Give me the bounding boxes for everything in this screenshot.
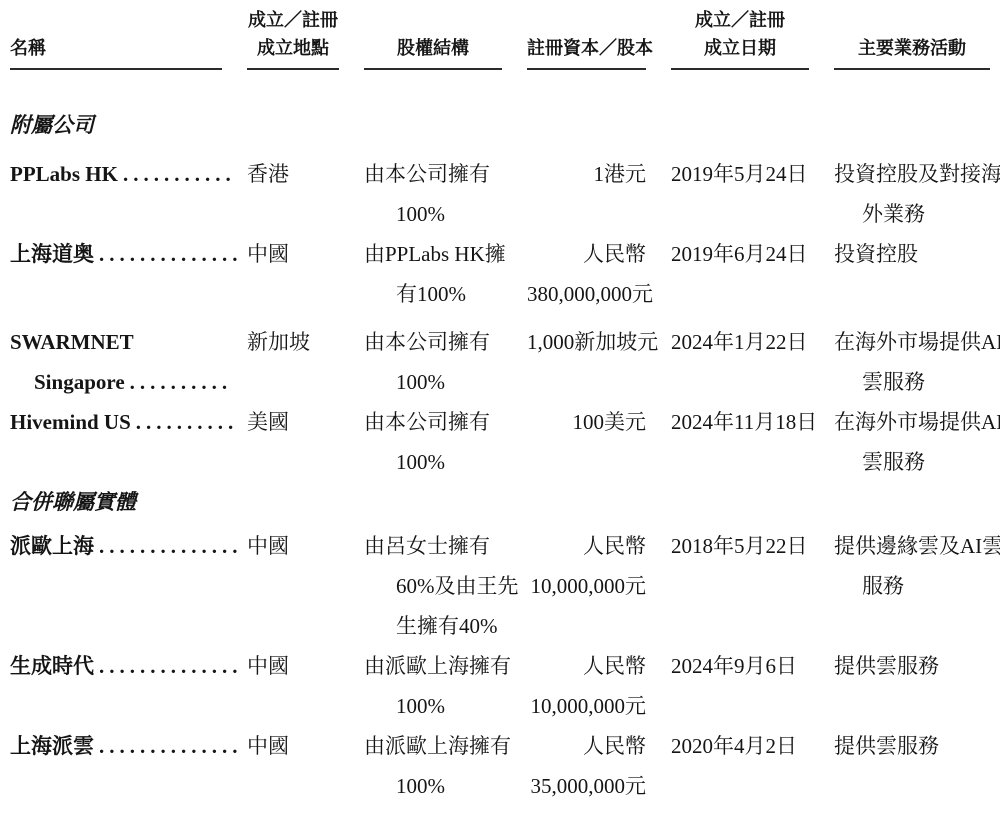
place-value: 中國 <box>247 526 339 566</box>
row-shengcheng-shidai: 生成時代.............. 中國 由派歐上海擁有 100% 人民幣 1… <box>10 646 1000 726</box>
date-cell: 2024年9月6日 <box>671 646 809 726</box>
ownership-cell: 由呂女士擁有 60%及由王先 生擁有40% <box>364 526 502 646</box>
section-subsidiaries: 附屬公司 <box>10 105 1000 145</box>
capital-line: 人民幣 <box>527 726 646 766</box>
place-value: 香港 <box>247 154 339 194</box>
business-line: 在海外市場提供AI <box>834 322 990 362</box>
header-line: 註冊資本／股本 <box>527 34 646 62</box>
name-cell: 派歐上海.............. <box>10 526 222 646</box>
place-cell: 中國 <box>247 526 339 646</box>
row-shanghai-daoao: 上海道奥.............. 中國 由PPLabs HK擁 有100% … <box>10 234 1000 314</box>
business-line: 外業務 <box>834 194 990 234</box>
place-cell: 中國 <box>247 726 339 806</box>
capital-line: 380,000,000元 <box>527 274 646 314</box>
ownership-line: 由呂女士擁有 <box>364 526 502 566</box>
ownership-line: 由本公司擁有 <box>364 154 502 194</box>
name-text: Singapore <box>34 370 125 394</box>
header-cell-capital: 註冊資本／股本 <box>527 6 646 70</box>
date-cell: 2024年11月18日 <box>671 402 809 482</box>
document-page: 名稱 成立／註冊 成立地點 股權結構 註冊資本／股本 成立／註冊 成立日期 主要… <box>0 0 1000 806</box>
header-line: 主要業務活動 <box>834 34 990 62</box>
business-line: 投資控股及對接海 <box>834 154 990 194</box>
dot-leader: .......... <box>130 370 233 394</box>
company-name: Singapore.......... <box>10 362 222 402</box>
ownership-line: 有100% <box>364 274 502 314</box>
row-shanghai-paiyun: 上海派雲.............. 中國 由派歐上海擁有 100% 人民幣 3… <box>10 726 1000 806</box>
date-value: 2024年9月6日 <box>671 646 809 686</box>
business-line: 提供雲服務 <box>834 646 990 686</box>
capital-line: 100美元 <box>527 402 646 442</box>
capital-cell: 人民幣 35,000,000元 <box>527 726 646 806</box>
header-line: 成立／註冊 <box>671 6 809 34</box>
ownership-line: 由派歐上海擁有 <box>364 646 502 686</box>
dot-leader: .......... <box>136 410 239 434</box>
name-text: Hivemind US <box>10 410 131 434</box>
business-cell: 提供邊緣雲及AI雲 服務 <box>834 526 990 646</box>
place-value: 中國 <box>247 646 339 686</box>
date-value: 2020年4月2日 <box>671 726 809 766</box>
row-hivemind-us: Hivemind US.......... 美國 由本公司擁有 100% 100… <box>10 402 1000 482</box>
date-value: 2019年6月24日 <box>671 234 809 274</box>
company-name: 派歐上海.............. <box>10 526 222 566</box>
capital-cell: 人民幣 10,000,000元 <box>527 646 646 726</box>
name-text: 派歐上海 <box>10 534 94 558</box>
business-cell: 在海外市場提供AI 雲服務 <box>834 322 990 402</box>
capital-cell: 人民幣 10,000,000元 <box>527 526 646 646</box>
date-cell: 2020年4月2日 <box>671 726 809 806</box>
business-cell: 提供雲服務 <box>834 726 990 806</box>
dot-leader: .............. <box>99 654 243 678</box>
place-value: 美國 <box>247 402 339 442</box>
business-cell: 提供雲服務 <box>834 646 990 726</box>
business-cell: 投資控股及對接海 外業務 <box>834 154 990 234</box>
name-text: PPLabs HK <box>10 162 118 186</box>
name-cell: 上海道奥.............. <box>10 234 222 314</box>
ownership-line: 100% <box>364 686 502 726</box>
business-line: 服務 <box>834 566 990 606</box>
ownership-line: 由PPLabs HK擁 <box>364 234 502 274</box>
header-line: 股權結構 <box>364 34 502 62</box>
date-value: 2024年1月22日 <box>671 322 809 362</box>
capital-line: 1,000新加坡元 <box>527 322 646 362</box>
name-cell: Hivemind US.......... <box>10 402 222 482</box>
header-line: 成立地點 <box>247 34 339 62</box>
business-line: 提供雲服務 <box>834 726 990 766</box>
company-name: 上海道奥.............. <box>10 234 222 274</box>
capital-cell: 人民幣 380,000,000元 <box>527 234 646 314</box>
header-cell-ownership: 股權結構 <box>364 6 502 70</box>
ownership-cell: 由本公司擁有 100% <box>364 154 502 234</box>
capital-line: 人民幣 <box>527 646 646 686</box>
ownership-cell: 由派歐上海擁有 100% <box>364 646 502 726</box>
ownership-line: 由本公司擁有 <box>364 402 502 442</box>
business-cell: 投資控股 <box>834 234 990 314</box>
place-cell: 美國 <box>247 402 339 482</box>
ownership-cell: 由PPLabs HK擁 有100% <box>364 234 502 314</box>
dot-leader: .............. <box>99 734 243 758</box>
header-cell-business: 主要業務活動 <box>834 6 990 70</box>
row-pplabs-hk: PPLabs HK........... 香港 由本公司擁有 100% 1港元 … <box>10 154 1000 234</box>
table-body: 附屬公司 PPLabs HK........... 香港 由本公司擁有 100%… <box>10 105 1000 806</box>
business-line: 投資控股 <box>834 234 990 274</box>
name-cell: 生成時代.............. <box>10 646 222 726</box>
header-line <box>364 6 502 34</box>
place-cell: 新加坡 <box>247 322 339 402</box>
company-name: 上海派雲.............. <box>10 726 222 766</box>
name-cell: SWARMNET Singapore.......... <box>10 322 222 402</box>
capital-cell: 1,000新加坡元 <box>527 322 646 402</box>
section-consolidated-affiliated-entities: 合併聯屬實體 <box>10 482 1000 522</box>
date-value: 2019年5月24日 <box>671 154 809 194</box>
place-value: 中國 <box>247 726 339 766</box>
capital-cell: 1港元 <box>527 154 646 234</box>
name-text: 上海道奥 <box>10 242 94 266</box>
table-header: 名稱 成立／註冊 成立地點 股權結構 註冊資本／股本 成立／註冊 成立日期 主要… <box>10 6 1000 70</box>
name-cell: PPLabs HK........... <box>10 154 222 234</box>
date-value: 2024年11月18日 <box>671 402 809 442</box>
capital-line: 1港元 <box>527 154 646 194</box>
header-line <box>10 6 222 34</box>
name-cell: 上海派雲.............. <box>10 726 222 806</box>
name-text: SWARMNET <box>10 330 134 354</box>
capital-line: 人民幣 <box>527 526 646 566</box>
capital-line: 10,000,000元 <box>527 566 646 606</box>
ownership-line: 100% <box>364 766 502 806</box>
company-name: SWARMNET <box>10 322 222 362</box>
capital-line: 10,000,000元 <box>527 686 646 726</box>
place-cell: 中國 <box>247 234 339 314</box>
company-name: Hivemind US.......... <box>10 402 222 442</box>
header-line: 成立日期 <box>671 34 809 62</box>
header-cell-place: 成立／註冊 成立地點 <box>247 6 339 70</box>
company-name: 生成時代.............. <box>10 646 222 686</box>
place-value: 新加坡 <box>247 322 339 362</box>
date-cell: 2024年1月22日 <box>671 322 809 402</box>
business-cell: 在海外市場提供AI 雲服務 <box>834 402 990 482</box>
header-line: 成立／註冊 <box>247 6 339 34</box>
dot-leader: ........... <box>123 162 236 186</box>
ownership-line: 100% <box>364 194 502 234</box>
ownership-cell: 由本公司擁有 100% <box>364 402 502 482</box>
name-text: 生成時代 <box>10 654 94 678</box>
business-line: 在海外市場提供AI <box>834 402 990 442</box>
row-swarmnet-singapore: SWARMNET Singapore.......... 新加坡 由本公司擁有 … <box>10 322 1000 402</box>
name-text: 上海派雲 <box>10 734 94 758</box>
ownership-cell: 由派歐上海擁有 100% <box>364 726 502 806</box>
dot-leader: .............. <box>99 534 243 558</box>
place-cell: 香港 <box>247 154 339 234</box>
header-line <box>834 6 990 34</box>
ownership-line: 生擁有40% <box>364 606 502 646</box>
ownership-line: 由派歐上海擁有 <box>364 726 502 766</box>
date-cell: 2019年6月24日 <box>671 234 809 314</box>
place-cell: 中國 <box>247 646 339 726</box>
header-line <box>527 6 646 34</box>
date-cell: 2019年5月24日 <box>671 154 809 234</box>
date-cell: 2018年5月22日 <box>671 526 809 646</box>
company-name: PPLabs HK........... <box>10 154 222 194</box>
ownership-line: 60%及由王先 <box>364 566 502 606</box>
dot-leader: .............. <box>99 242 243 266</box>
row-paiou-shanghai: 派歐上海.............. 中國 由呂女士擁有 60%及由王先 生擁有… <box>10 526 1000 646</box>
capital-cell: 100美元 <box>527 402 646 482</box>
business-line: 雲服務 <box>834 362 990 402</box>
place-value: 中國 <box>247 234 339 274</box>
ownership-line: 由本公司擁有 <box>364 322 502 362</box>
business-line: 提供邊緣雲及AI雲 <box>834 526 990 566</box>
ownership-line: 100% <box>364 442 502 482</box>
business-line: 雲服務 <box>834 442 990 482</box>
capital-line: 35,000,000元 <box>527 766 646 806</box>
capital-line: 人民幣 <box>527 234 646 274</box>
header-cell-name: 名稱 <box>10 6 222 70</box>
header-cell-date: 成立／註冊 成立日期 <box>671 6 809 70</box>
ownership-line: 100% <box>364 362 502 402</box>
ownership-cell: 由本公司擁有 100% <box>364 322 502 402</box>
date-value: 2018年5月22日 <box>671 526 809 566</box>
header-line: 名稱 <box>10 34 222 62</box>
